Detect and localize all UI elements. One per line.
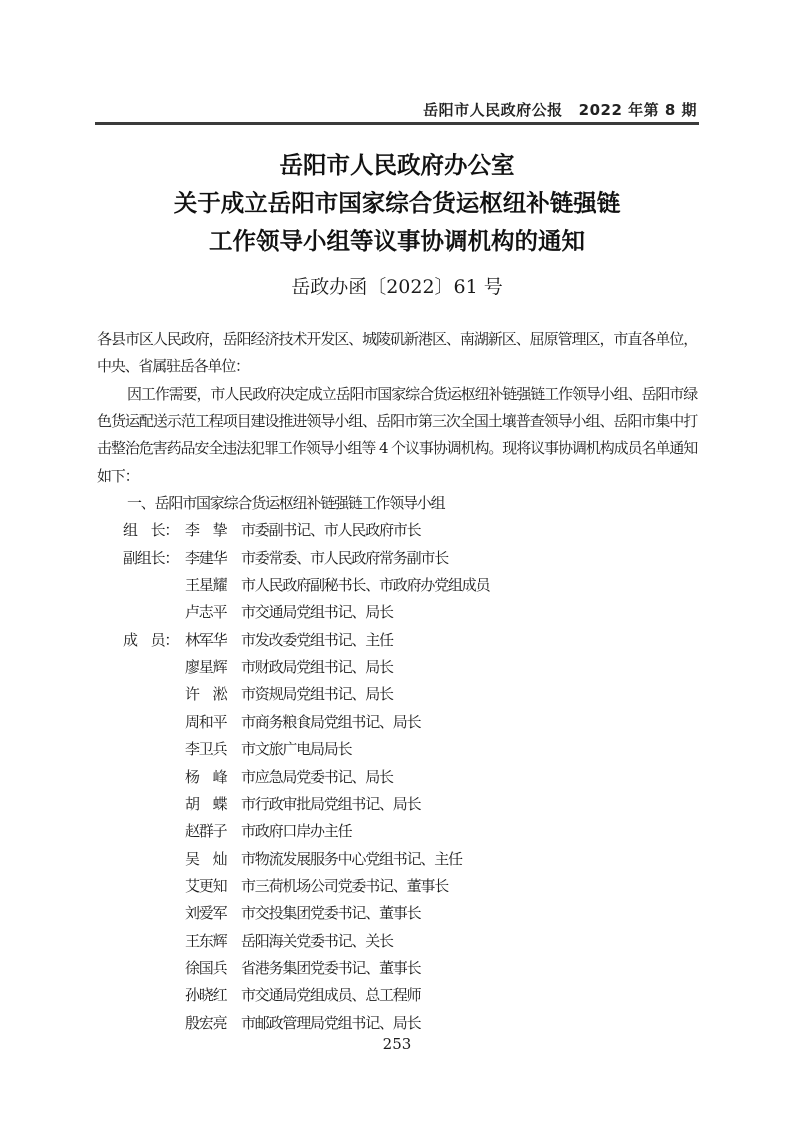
member-row: 组 长： 李 挚 市委副书记、市人民政府市长 <box>97 517 697 544</box>
member-row: 艾更知 市三荷机场公司党委书记、董事长 <box>97 873 697 900</box>
member-name: 胡 蝶 <box>185 791 241 818</box>
member-position: 岳阳海关党委书记、关长 <box>241 928 697 955</box>
member-name: 廖星辉 <box>185 654 241 681</box>
member-role-label <box>123 928 185 955</box>
gazette-issue: 2022 年第 8 期 <box>579 101 697 119</box>
document-number: 岳政办函〔2022〕61 号 <box>97 273 697 301</box>
member-row: 刘爱军 市交投集团党委书记、董事长 <box>97 900 697 927</box>
member-role-label <box>123 900 185 927</box>
member-row: 徐国兵 省港务集团党委书记、董事长 <box>97 955 697 982</box>
member-row: 赵群子 市政府口岸办主任 <box>97 818 697 845</box>
member-row: 周和平 市商务粮食局党组书记、局长 <box>97 709 697 736</box>
gazette-title: 岳阳市人民政府公报 <box>423 101 563 119</box>
member-role-label <box>123 846 185 873</box>
member-name: 徐国兵 <box>185 955 241 982</box>
member-role-label <box>123 791 185 818</box>
member-row: 胡 蝶 市行政审批局党组书记、局长 <box>97 791 697 818</box>
member-position: 市三荷机场公司党委书记、董事长 <box>241 873 697 900</box>
member-name: 李 挚 <box>185 517 241 544</box>
member-name: 林军华 <box>185 627 241 654</box>
member-role-label <box>123 599 185 626</box>
member-position: 市文旅广电局局长 <box>241 736 697 763</box>
member-row: 许 淞 市资规局党组书记、局长 <box>97 681 697 708</box>
member-position: 市财政局党组书记、局长 <box>241 654 697 681</box>
title-line-3: 工作领导小组等议事协调机构的通知 <box>50 222 744 260</box>
member-name: 李卫兵 <box>185 736 241 763</box>
member-role-label <box>123 736 185 763</box>
salutation-paragraph: 各县市区人民政府，岳阳经济技术开发区、城陵矶新港区、南湖新区、屈原管理区，市直各… <box>97 326 697 381</box>
title-line-2: 关于成立岳阳市国家综合货运枢纽补链强链 <box>50 184 744 222</box>
member-role-label <box>123 681 185 708</box>
gazette-page: 岳阳市人民政府公报2022 年第 8 期 岳阳市人民政府办公室 关于成立岳阳市国… <box>0 0 794 1122</box>
member-role-label <box>123 982 185 1009</box>
member-position: 市政府口岸办主任 <box>241 818 697 845</box>
member-position: 市交通局党组成员、总工程师 <box>241 982 697 1009</box>
member-role-label: 成 员： <box>123 627 185 654</box>
member-name: 卢志平 <box>185 599 241 626</box>
member-row: 副组长： 李建华 市委常委、市人民政府常务副市长 <box>97 545 697 572</box>
member-name: 王东辉 <box>185 928 241 955</box>
member-row: 孙晓红 市交通局党组成员、总工程师 <box>97 982 697 1009</box>
member-name: 赵群子 <box>185 818 241 845</box>
document-body: 各县市区人民政府，岳阳经济技术开发区、城陵矶新港区、南湖新区、屈原管理区，市直各… <box>97 326 697 1037</box>
intro-paragraph: 因工作需要，市人民政府决定成立岳阳市国家综合货运枢纽补链强链工作领导小组、岳阳市… <box>97 381 697 490</box>
member-name: 杨 峰 <box>185 764 241 791</box>
member-role-label <box>123 572 185 599</box>
member-position: 市资规局党组书记、局长 <box>241 681 697 708</box>
page-number: 253 <box>0 1031 794 1058</box>
member-name: 王星耀 <box>185 572 241 599</box>
member-name: 许 淞 <box>185 681 241 708</box>
member-row: 王东辉 岳阳海关党委书记、关长 <box>97 928 697 955</box>
title-line-1: 岳阳市人民政府办公室 <box>50 146 744 184</box>
member-name: 李建华 <box>185 545 241 572</box>
member-name: 孙晓红 <box>185 982 241 1009</box>
member-position: 市行政审批局党组书记、局长 <box>241 791 697 818</box>
member-role-label: 副组长： <box>123 545 185 572</box>
running-header: 岳阳市人民政府公报2022 年第 8 期 <box>97 99 697 120</box>
member-position: 市应急局党委书记、局长 <box>241 764 697 791</box>
document-title: 岳阳市人民政府办公室 关于成立岳阳市国家综合货运枢纽补链强链 工作领导小组等议事… <box>50 146 744 260</box>
member-position: 市交投集团党委书记、董事长 <box>241 900 697 927</box>
member-position: 市委副书记、市人民政府市长 <box>241 517 697 544</box>
member-position: 市人民政府副秘书长、市政府办党组成员 <box>241 572 697 599</box>
member-row: 廖星辉 市财政局党组书记、局长 <box>97 654 697 681</box>
member-list: 组 长： 李 挚 市委副书记、市人民政府市长 副组长： 李建华 市委常委、市人民… <box>97 517 697 1037</box>
header-rule <box>95 122 699 125</box>
member-position: 市发改委党组书记、主任 <box>241 627 697 654</box>
member-row: 王星耀 市人民政府副秘书长、市政府办党组成员 <box>97 572 697 599</box>
member-name: 吴 灿 <box>185 846 241 873</box>
member-name: 刘爱军 <box>185 900 241 927</box>
member-position: 市商务粮食局党组书记、局长 <box>241 709 697 736</box>
member-role-label <box>123 818 185 845</box>
member-position: 市委常委、市人民政府常务副市长 <box>241 545 697 572</box>
member-row: 成 员： 林军华 市发改委党组书记、主任 <box>97 627 697 654</box>
member-role-label <box>123 955 185 982</box>
member-role-label <box>123 654 185 681</box>
member-role-label: 组 长： <box>123 517 185 544</box>
member-row: 杨 峰 市应急局党委书记、局长 <box>97 764 697 791</box>
member-role-label <box>123 764 185 791</box>
member-role-label <box>123 873 185 900</box>
member-row: 卢志平 市交通局党组书记、局长 <box>97 599 697 626</box>
member-name: 周和平 <box>185 709 241 736</box>
section-heading: 一、岳阳市国家综合货运枢纽补链强链工作领导小组 <box>97 490 697 517</box>
member-position: 市物流发展服务中心党组书记、主任 <box>241 846 697 873</box>
member-row: 吴 灿 市物流发展服务中心党组书记、主任 <box>97 846 697 873</box>
member-name: 艾更知 <box>185 873 241 900</box>
member-role-label <box>123 709 185 736</box>
member-position: 市交通局党组书记、局长 <box>241 599 697 626</box>
member-row: 李卫兵 市文旅广电局局长 <box>97 736 697 763</box>
member-position: 省港务集团党委书记、董事长 <box>241 955 697 982</box>
